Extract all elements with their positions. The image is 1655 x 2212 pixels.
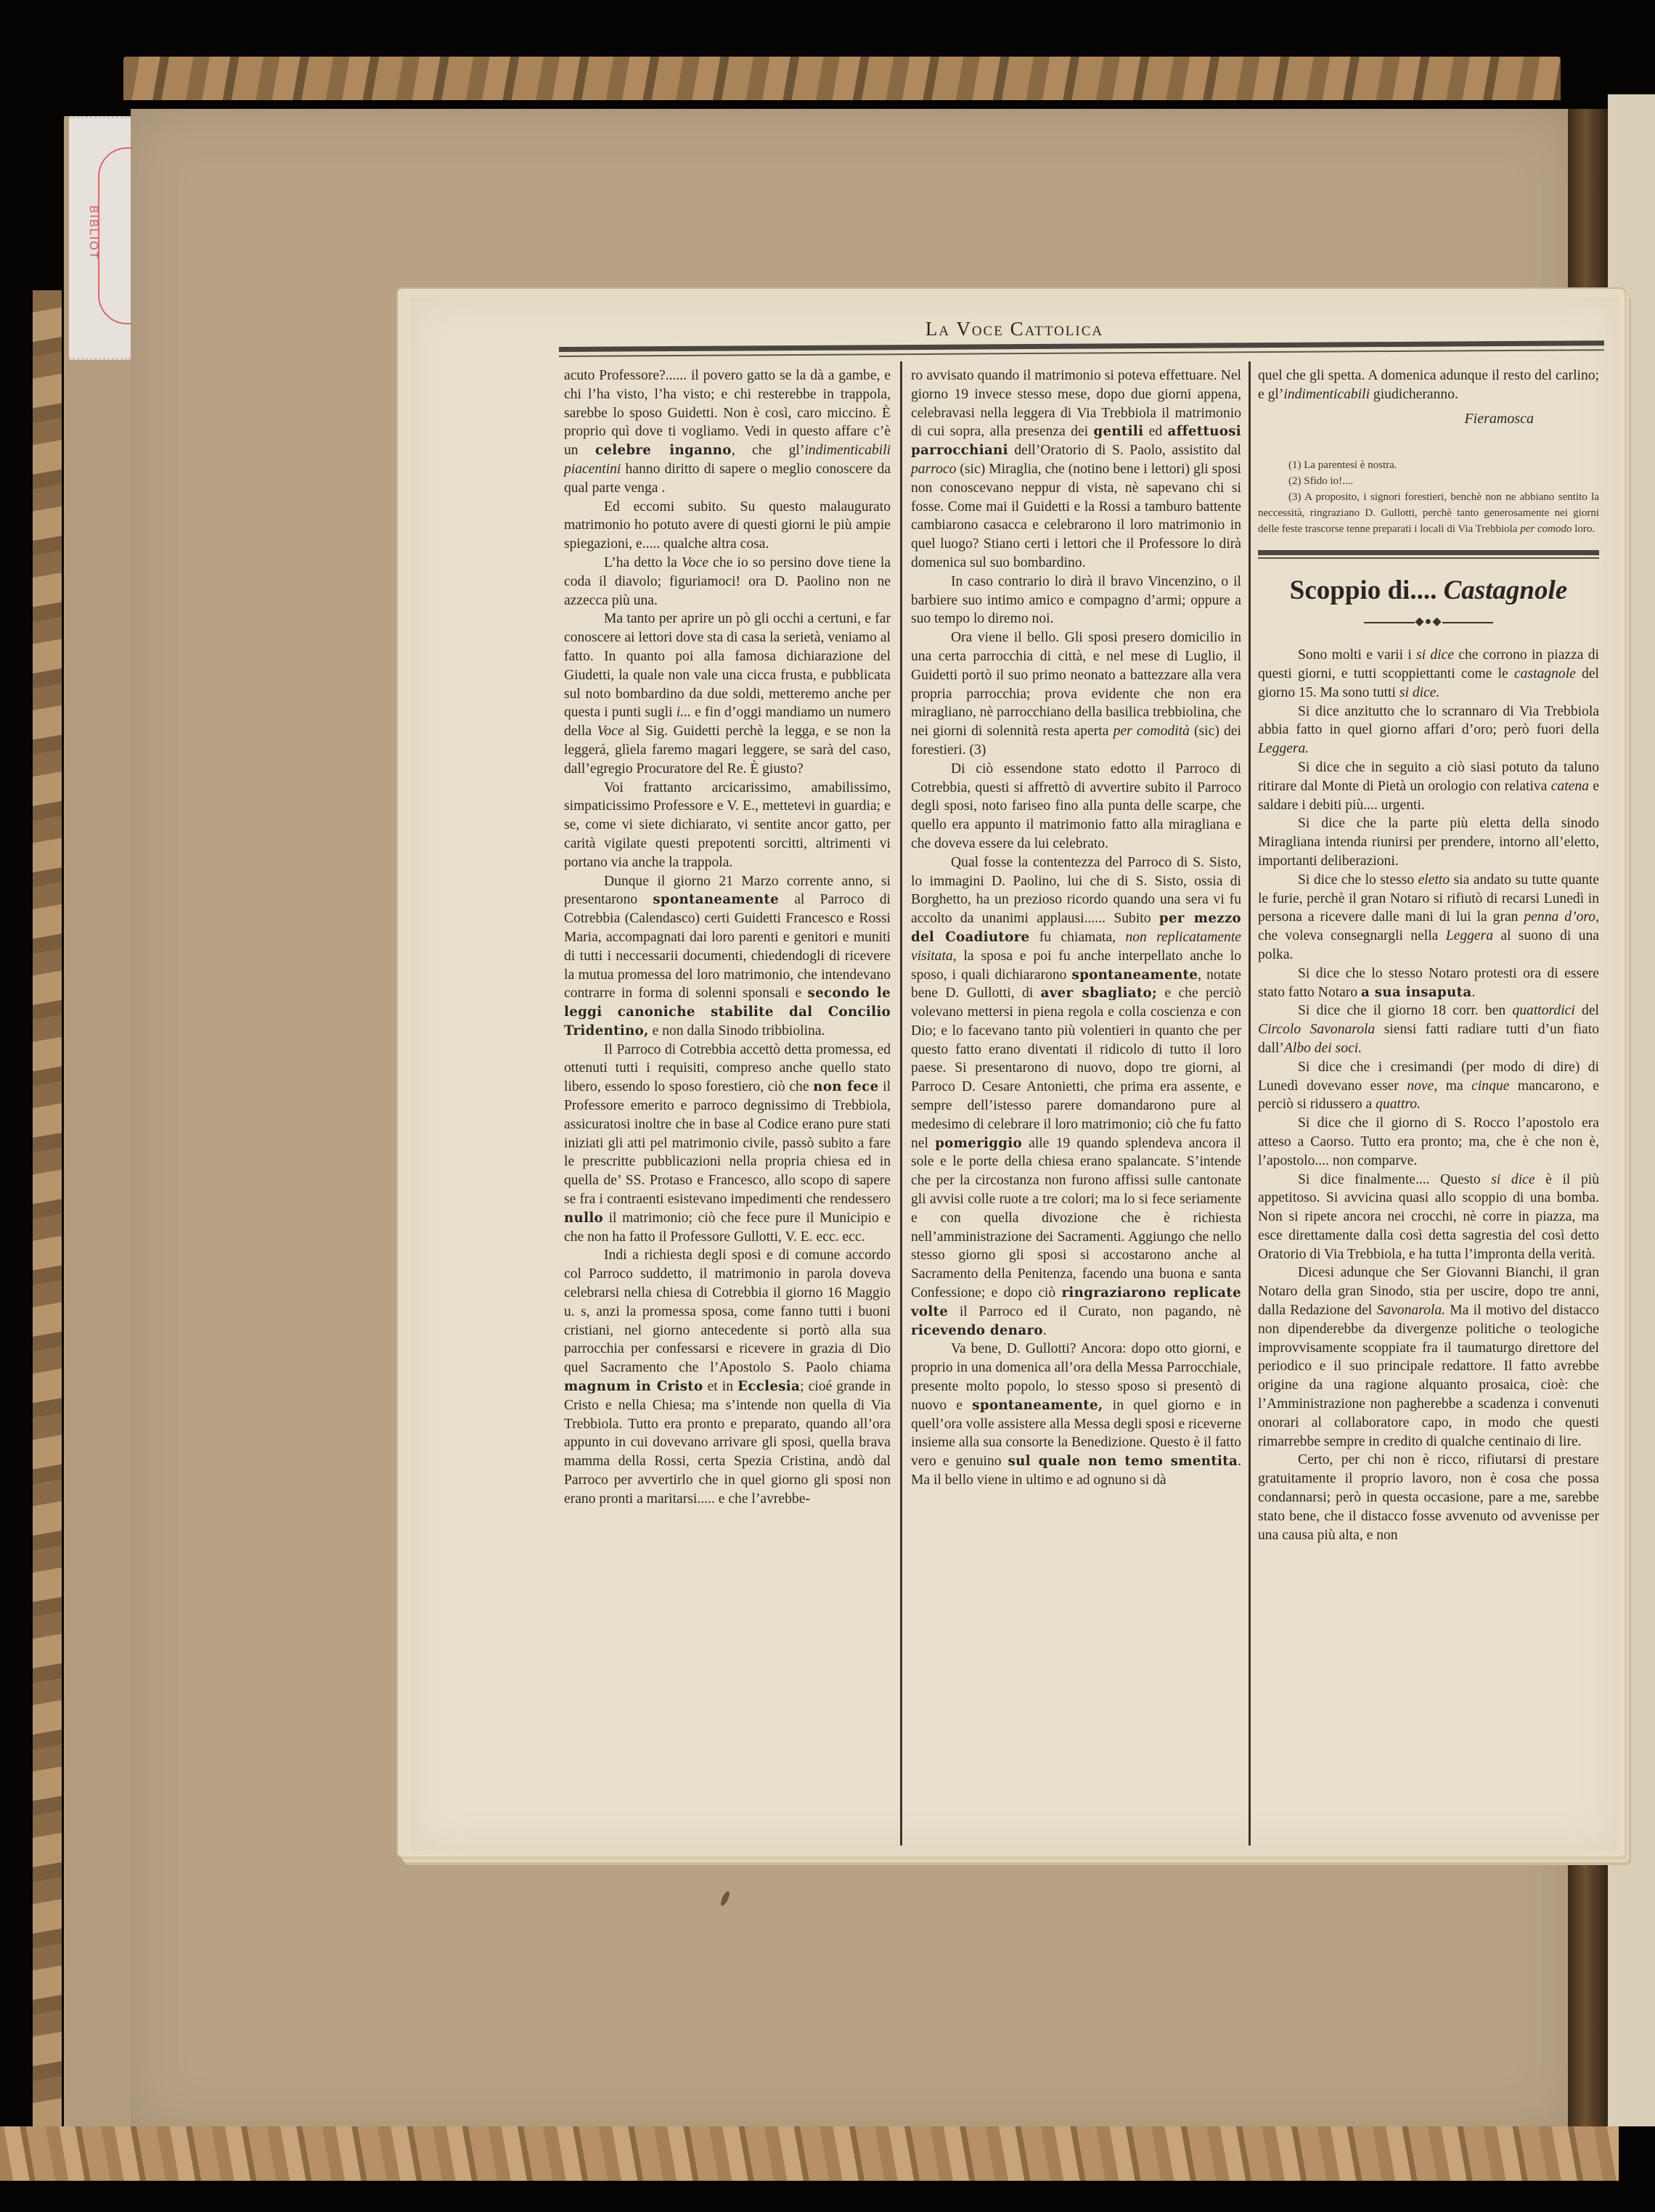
library-stamp-icon (98, 147, 132, 324)
paragraph: Ma tanto per aprire un pò gli occhi a ce… (564, 610, 891, 778)
paragraph: Si dice anzitutto che lo scrannaro di Vi… (1258, 702, 1599, 758)
paragraph: Indi a richiesta degli sposi e di comune… (564, 1246, 891, 1508)
binder-top-edge (123, 57, 1561, 100)
paragraph: acuto Professore?...... il povero gatto … (564, 366, 891, 498)
paragraph: Si dice che in seguito a ciò siasi potut… (1258, 758, 1599, 814)
masthead: La Voce Cattolica (410, 318, 1619, 340)
paragraph: Di ciò essendone stato edotto il Parroco… (911, 760, 1241, 853)
column-divider-1 (900, 361, 902, 1846)
paragraph: Si dice che il giorno 18 corr. ben quatt… (1258, 1001, 1599, 1057)
paragraph: Il Parroco di Cotrebbia accettò detta pr… (564, 1041, 891, 1247)
section-rule (1258, 550, 1599, 555)
paragraph: In caso contrario lo dirà il bravo Vince… (911, 573, 1241, 628)
paragraph: Dicesi adunque che Ser Giovanni Bianchi,… (1258, 1263, 1599, 1451)
paragraph: Si dice che i cresimandi (per modo di di… (1258, 1058, 1599, 1114)
paragraph: Ora viene il bello. Gli sposi presero do… (911, 628, 1241, 760)
paragraph: Si dice che lo stesso eletto sia andato … (1258, 871, 1599, 964)
section-rule-thin (1258, 557, 1599, 559)
paragraph: Si dice che la parte più eletta della si… (1258, 814, 1599, 870)
author-signature: Fieramosca (1258, 410, 1599, 429)
column-1: acuto Professore?...... il povero gatto … (564, 366, 891, 1509)
library-stamp-text: BIBLIOT (86, 205, 99, 260)
binder-bottom-edge (0, 2126, 1619, 2181)
newspaper-page: La Voce Cattolica acuto Professore?.....… (410, 298, 1619, 1851)
paragraph: ro avvisato quando il matrimonio si pote… (911, 366, 1241, 573)
paragraph: Va bene, D. Gullotti? Ancora: dopo otto … (911, 1340, 1241, 1489)
section-title: Scoppio di.... Castagnole (1258, 575, 1599, 607)
library-tag: BIBLIOT (69, 116, 131, 360)
paragraph: Ed eccomi subito. Su questo malaugurato … (564, 498, 891, 554)
paragraph: Certo, per chi non è ricco, rifiutarsi d… (1258, 1451, 1599, 1544)
footnote-1: (1) La parentesi è nostra. (1258, 457, 1599, 473)
paragraph: Si dice che il giorno di S. Rocco l’apos… (1258, 1114, 1599, 1170)
column-3: quel che gli spetta. A domenica adunque … (1258, 366, 1599, 1544)
paragraph: Dunque il giorno 21 Marzo corrente anno,… (564, 872, 891, 1041)
column-2: ro avvisato quando il matrimonio si pote… (911, 366, 1241, 1490)
paragraph: quel che gli spetta. A domenica adunque … (1258, 366, 1599, 404)
footnote-3: (3) A proposito, i signori forestieri, b… (1258, 489, 1599, 537)
ornament-divider-icon: ◆●◆ (1258, 613, 1599, 631)
paragraph: Sono molti e varii i si dice che corrono… (1258, 646, 1599, 702)
paragraph: Qual fosse la contentezza del Parroco di… (911, 853, 1241, 1340)
footnotes: (1) La parentesi è nostra. (2) Sfido io!… (1258, 457, 1599, 537)
paragraph: Si dice che lo stesso Notaro protesti or… (1258, 964, 1599, 1002)
binder-left-edge (33, 290, 62, 2148)
paragraph: L’ha detto la Voce che io so persino dov… (564, 554, 891, 610)
paragraph: Voi frattanto arcicarissimo, amabilissim… (564, 779, 891, 872)
footnote-2: (2) Sfido io!.... (1258, 473, 1599, 489)
column-divider-2 (1249, 361, 1251, 1846)
paragraph: Si dice finalmente.... Questo si dice è … (1258, 1171, 1599, 1264)
